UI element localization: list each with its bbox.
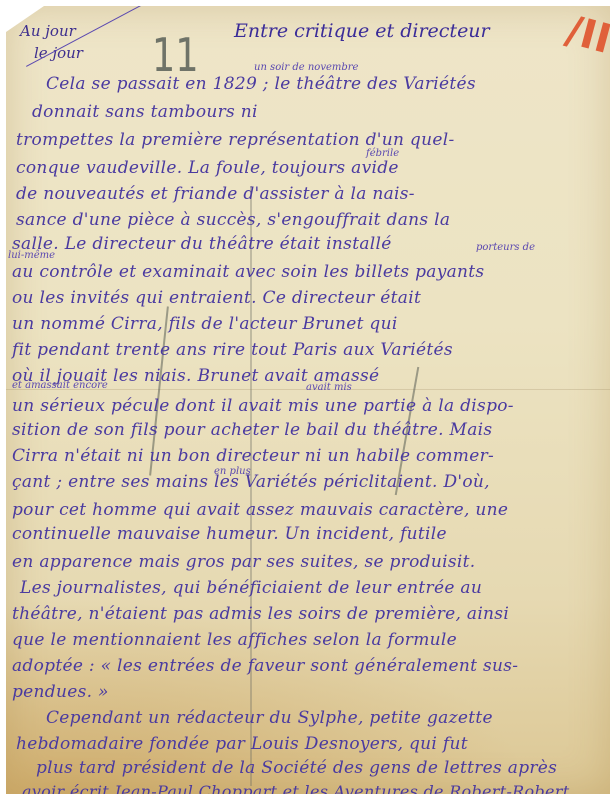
manuscript-line: hebdomadaire fondée par Louis Desnoyers,… [16, 734, 468, 754]
manuscript-line: fit pendant trente ans rire tout Paris a… [12, 340, 453, 360]
manuscript-line: avoir écrit Jean-Paul Choppart et les Av… [22, 782, 569, 800]
red-crayon-mark: /III [561, 7, 613, 67]
manuscript-line: pour cet homme qui avait assez mauvais c… [12, 500, 508, 520]
manuscript-line: en apparence mais gros par ses suites, s… [12, 552, 475, 572]
page-title: Entre critique et directeur [234, 20, 490, 42]
manuscript-line: continuelle mauvaise humeur. Un incident… [12, 524, 447, 544]
manuscript-line: où il jouait les niais. Brunet avait ama… [12, 366, 379, 386]
manuscript-line: donnait sans tambours ni [32, 102, 258, 122]
manuscript-line: théâtre, n'étaient pas admis les soirs d… [12, 604, 509, 624]
manuscript-page: Au jour le jour 11 Entre critique et dir… [6, 6, 610, 794]
manuscript-line: au contrôle et examinait avec soin les b… [12, 262, 484, 282]
manuscript-line: trompettes la première représentation d'… [16, 130, 455, 150]
manuscript-line: sance d'une pièce à succès, s'engouffrai… [16, 210, 450, 230]
manuscript-line: çant ; entre ses mains les Variétés péri… [12, 472, 490, 492]
manuscript-line: Cela se passait en 1829 ; le théâtre des… [46, 74, 476, 94]
margin-note: Au jour le jour [20, 20, 83, 64]
manuscript-line: pendues. » [12, 682, 109, 702]
manuscript-line: conque vaudeville. La foule, toujours av… [16, 158, 399, 178]
manuscript-line: plus tard président de la Société des ge… [36, 758, 557, 778]
manuscript-line: ou les invités qui entraient. Ce directe… [12, 288, 421, 308]
manuscript-line: Les journalistes, qui bénéficiaient de l… [20, 578, 482, 598]
manuscript-line: salle. Le directeur du théâtre était ins… [12, 234, 392, 254]
manuscript-line: de nouveautés et friande d'assister à la… [16, 184, 415, 204]
insert-note: porteurs de [476, 242, 535, 253]
manuscript-line: adoptée : « les entrées de faveur sont g… [12, 656, 518, 676]
manuscript-line: Cirra n'était ni un bon directeur ni un … [12, 446, 494, 466]
insert-note: un soir de novembre [254, 62, 358, 73]
manuscript-line: un nommé Cirra, fils de l'acteur Brunet … [12, 314, 398, 334]
manuscript-line: un sérieux pécule dont il avait mis une … [12, 396, 514, 416]
manuscript-line: sition de son fils pour acheter le bail … [12, 420, 492, 440]
manuscript-line: que le mentionnaient les affiches selon … [12, 630, 457, 650]
manuscript-line: Cependant un rédacteur du Sylphe, petite… [46, 708, 493, 728]
